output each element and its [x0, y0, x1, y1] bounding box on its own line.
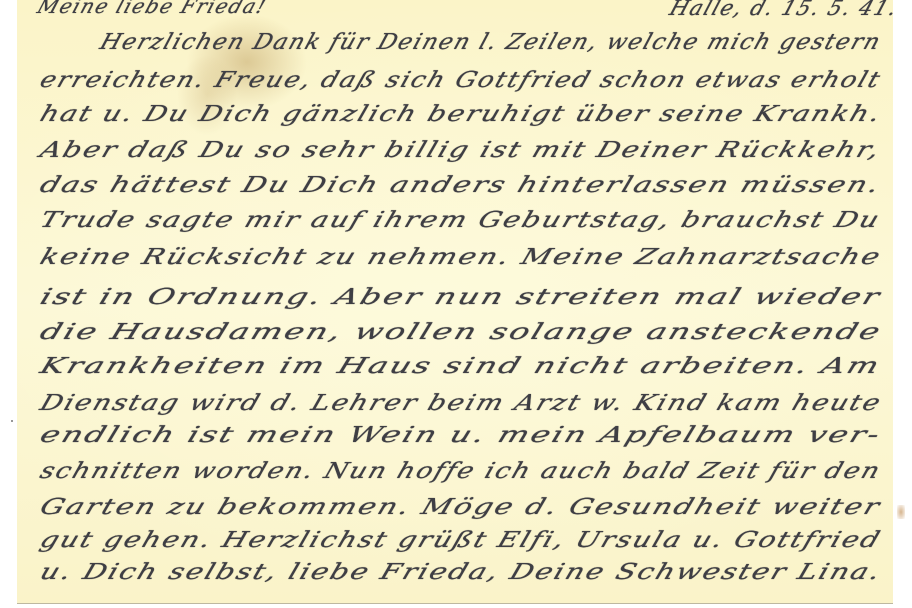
stain-mark	[897, 505, 905, 519]
salutation: Meine liebe Frieda!	[35, 0, 270, 16]
letter-line-7: keine Rücksicht zu nehmen. Meine Zahnarz…	[37, 247, 884, 269]
letter-line-16: u. Dich selbst, liebe Frieda, Deine Schw…	[37, 562, 884, 584]
letter-line-9: die Hausdamen, wollen solange ansteckend…	[37, 322, 885, 344]
letter-line-11: Dienstag wird d. Lehrer beim Arzt w. Kin…	[37, 393, 884, 415]
letter-line-10: Krankheiten im Haus sind nicht arbeiten.…	[37, 356, 884, 378]
postcard: Meine liebe Frieda! Halle, d. 15. 5. 41.…	[17, 0, 893, 603]
date-line: Halle, d. 15. 5. 41.	[667, 0, 901, 19]
letter-line-13: schnitten worden. Nun hoffe ich auch bal…	[37, 461, 884, 483]
letter-line-5: das hättest Du Dich anders hinterlassen …	[37, 175, 884, 197]
letter-line-14: Garten zu bekommen. Möge d. Gesundheit w…	[37, 497, 884, 519]
letter-line-4: Aber daß Du so sehr billig ist mit Deine…	[37, 140, 884, 162]
letter-line-12: endlich ist mein Wein u. mein Apfelbaum …	[37, 425, 884, 447]
letter-line-15: gut gehen. Herzlichst grüßt Elfi, Ursula…	[37, 530, 884, 552]
letter-line-6: Trude sagte mir auf ihrem Geburtstag, br…	[37, 210, 883, 232]
letter-line-1: Herzlichen Dank für Deinen l. Zeilen, we…	[97, 32, 884, 54]
letter-line-3: hat u. Du Dich gänzlich beruhigt über se…	[37, 104, 885, 126]
letter-line-2: erreichten. Freue, daß sich Gottfried sc…	[37, 70, 884, 92]
speck	[11, 420, 13, 422]
letter-line-8: ist in Ordnung. Aber nun streiten mal wi…	[37, 287, 884, 309]
